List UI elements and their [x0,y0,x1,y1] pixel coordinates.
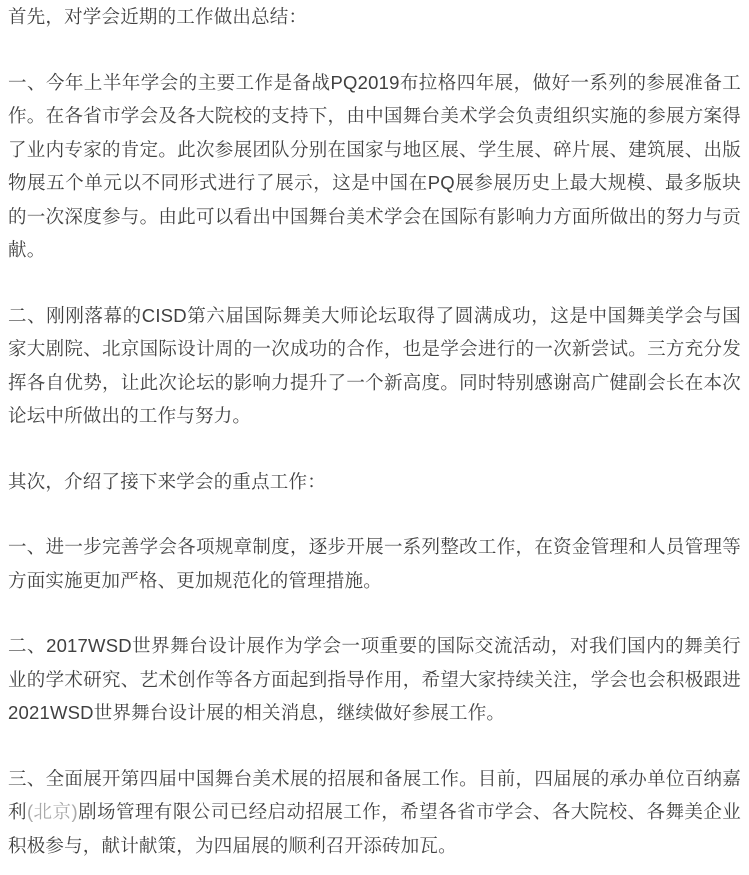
paragraph-7: 三、全面展开第四届中国舞台美术展的招展和备展工作。目前，四届展的承办单位百纳嘉利… [8,762,741,863]
paragraph-text: 一、进一步完善学会各项规章制度，逐步开展一系列整改工作，在资金管理和人员管理等方… [8,536,741,591]
paragraph-text: 剧场管理有限公司已经启动招展工作，希望各省市学会、各大院校、各舞美企业积极参与，… [8,801,741,856]
muted-text: (北京) [27,801,78,822]
page: 首先，对学会近期的工作做出总结：一、今年上半年学会的主要工作是备战PQ2019布… [0,0,749,875]
paragraph-text: 其次，介绍了接下来学会的重点工作： [8,471,326,492]
paragraph-5: 一、进一步完善学会各项规章制度，逐步开展一系列整改工作，在资金管理和人员管理等方… [8,530,741,597]
paragraph-text: 二、刚刚落幕的CISD第六届国际舞美大师论坛取得了圆满成功，这是中国舞美学会与国… [8,305,741,427]
paragraph-text: 首先，对学会近期的工作做出总结： [8,6,307,27]
paragraph-3: 二、刚刚落幕的CISD第六届国际舞美大师论坛取得了圆满成功，这是中国舞美学会与国… [8,299,741,433]
paragraph-text: 二、2017WSD世界舞台设计展作为学会一项重要的国际交流活动，对我们国内的舞美… [8,635,741,723]
paragraph-4: 其次，介绍了接下来学会的重点工作： [8,465,741,499]
paragraph-2: 一、今年上半年学会的主要工作是备战PQ2019布拉格四年展，做好一系列的参展准备… [8,66,741,267]
paragraph-1: 首先，对学会近期的工作做出总结： [8,0,741,34]
paragraph-text: 一、今年上半年学会的主要工作是备战PQ2019布拉格四年展，做好一系列的参展准备… [8,72,741,261]
article-body: 首先，对学会近期的工作做出总结：一、今年上半年学会的主要工作是备战PQ2019布… [8,0,741,862]
paragraph-6: 二、2017WSD世界舞台设计展作为学会一项重要的国际交流活动，对我们国内的舞美… [8,629,741,730]
